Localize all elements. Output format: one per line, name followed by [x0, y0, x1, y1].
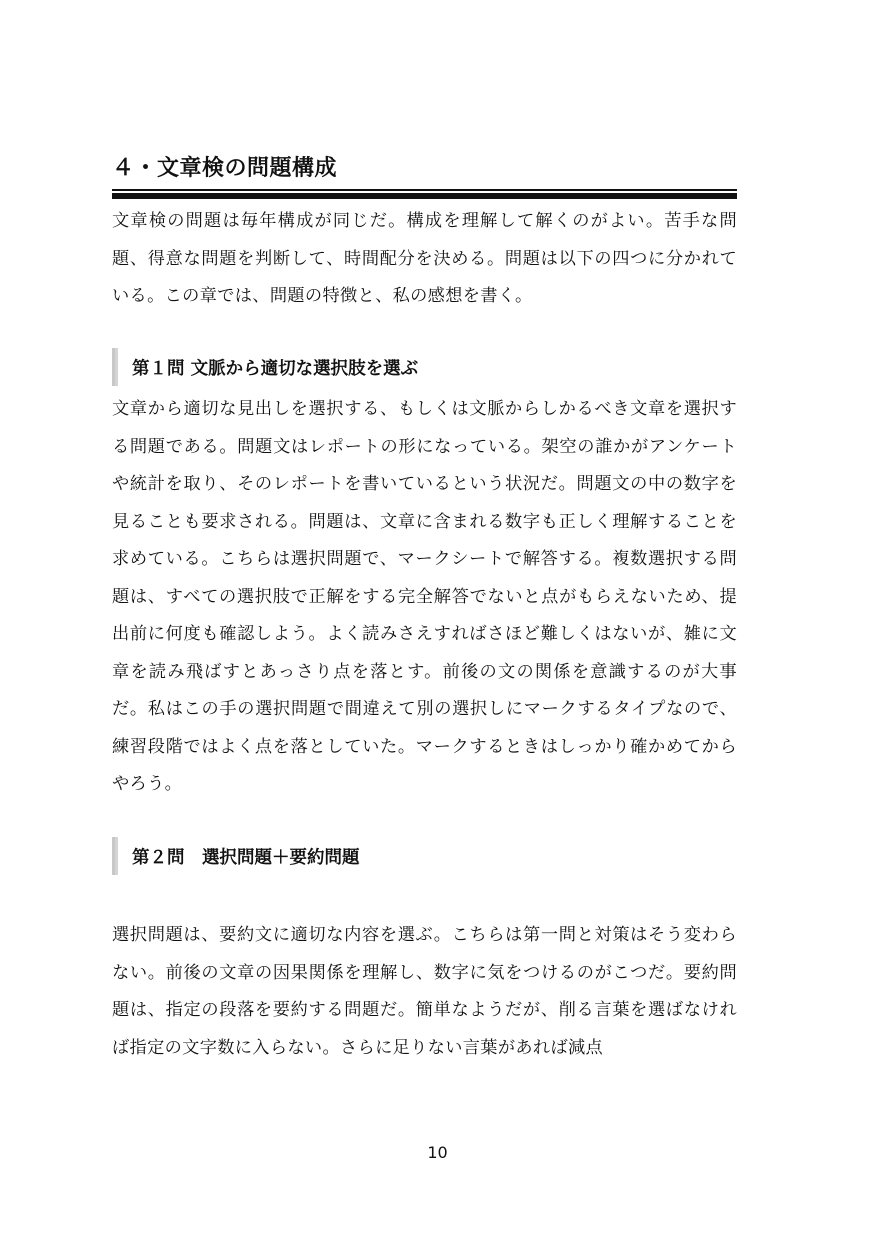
- section-heading-text: 第１問 文脈から適切な選択肢を選ぶ: [132, 355, 418, 380]
- page-number: 10: [0, 1143, 875, 1162]
- title-double-rule: [112, 189, 737, 199]
- chapter-intro-paragraph: 文章検の問題は毎年構成が同じだ。構成を理解して解くのがよい。苦手な問題、得意な問…: [112, 203, 737, 316]
- section-2-body-paragraph: 選択問題は、要約文に適切な内容を選ぶ。こちらは第一問と対策はそう変わらない。前後…: [112, 917, 737, 1067]
- heading-accent-bar: [112, 837, 118, 875]
- heading-accent-bar: [112, 348, 118, 386]
- section-heading-2: 第２問 選択問題＋要約問題: [112, 837, 737, 875]
- section-heading-text: 第２問 選択問題＋要約問題: [132, 844, 360, 869]
- title-rule-thin-line: [112, 189, 737, 191]
- title-rule-thick-line: [112, 193, 737, 199]
- section-1-body-paragraph: 文章から適切な見出しを選択する、もしくは文脈からしかるべき文章を選択する問題であ…: [112, 391, 737, 804]
- chapter-title: ４・文章検の問題構成: [112, 153, 737, 185]
- section-heading-1: 第１問 文脈から適切な選択肢を選ぶ: [112, 348, 737, 386]
